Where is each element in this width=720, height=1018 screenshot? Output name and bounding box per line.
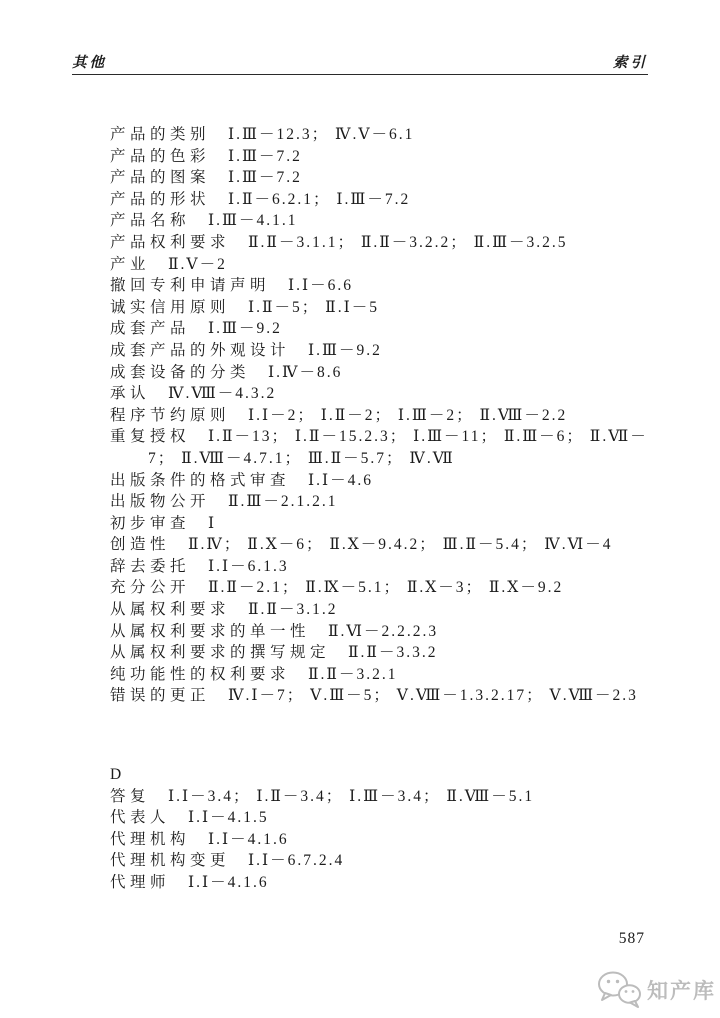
index-entry: 承认Ⅳ.Ⅷ－4.3.2 — [110, 383, 670, 405]
entry-refs: Ⅰ.Ⅰ－4.6 — [308, 472, 373, 489]
entry-term: 产品的形状 — [110, 191, 210, 208]
entry-refs: Ⅰ.Ⅳ－8.6 — [268, 364, 342, 381]
index-entry: 从属权利要求Ⅱ.Ⅱ－3.1.2 — [110, 599, 670, 621]
entry-refs: Ⅰ.Ⅱ－13； Ⅰ.Ⅱ－15.2.3； Ⅰ.Ⅲ－11； Ⅱ.Ⅲ－6； Ⅱ.Ⅶ－ — [208, 428, 648, 445]
entry-term: 代理机构变更 — [110, 852, 230, 869]
entry-refs: Ⅰ.Ⅰ－2； Ⅰ.Ⅱ－2； Ⅰ.Ⅲ－2； Ⅱ.Ⅷ－2.2 — [248, 407, 567, 424]
index-entry: 产品的图案Ⅰ.Ⅲ－7.2 — [110, 167, 670, 189]
page-number: 587 — [619, 930, 645, 948]
entry-refs: Ⅳ.Ⅷ－4.3.2 — [168, 385, 276, 402]
entry-refs: Ⅰ.Ⅰ－3.4； Ⅰ.Ⅱ－3.4； Ⅰ.Ⅲ－3.4； Ⅱ.Ⅷ－5.1 — [168, 788, 534, 805]
index-entry: 答复Ⅰ.Ⅰ－3.4； Ⅰ.Ⅱ－3.4； Ⅰ.Ⅲ－3.4； Ⅱ.Ⅷ－5.1 — [110, 786, 670, 808]
entry-refs-continuation: 7； Ⅱ.Ⅷ－4.7.1； Ⅲ.Ⅱ－5.7； Ⅳ.Ⅶ — [110, 448, 670, 470]
entry-term: 错误的更正 — [110, 687, 210, 704]
entry-refs: Ⅱ.Ⅴ－2 — [168, 256, 227, 273]
entry-term: 程序节约原则 — [110, 407, 230, 424]
entry-term: 代理师 — [110, 874, 170, 891]
entry-term: 产品的色彩 — [110, 148, 210, 165]
running-head-left: 其他 — [72, 51, 107, 72]
entry-refs: Ⅳ.Ⅰ－7； Ⅴ.Ⅲ－5； Ⅴ.Ⅷ－1.3.2.17； Ⅴ.Ⅷ－2.3 — [228, 687, 638, 704]
entry-term: 成套产品 — [110, 320, 190, 337]
index-entry: 代理机构Ⅰ.Ⅰ－4.1.6 — [110, 829, 670, 851]
entry-refs: Ⅱ.Ⅵ－2.2.2.3 — [328, 623, 438, 640]
entry-term: 代理机构 — [110, 831, 190, 848]
entry-refs: Ⅰ.Ⅱ－6.2.1； Ⅰ.Ⅲ－7.2 — [228, 191, 410, 208]
entry-refs: Ⅰ.Ⅰ－4.1.6 — [208, 831, 289, 848]
entry-term: 代表人 — [110, 809, 170, 826]
index-entry: 代理机构变更Ⅰ.Ⅰ－6.7.2.4 — [110, 850, 670, 872]
entry-refs: Ⅰ.Ⅰ－6.1.3 — [208, 558, 289, 575]
entry-term: 从属权利要求的单一性 — [110, 623, 310, 640]
entry-term: 重复授权 — [110, 428, 190, 445]
entry-refs: Ⅱ.Ⅱ－3.3.2 — [348, 644, 437, 661]
entry-refs: Ⅰ.Ⅲ－9.2 — [208, 320, 282, 337]
index-entry: 撤回专利申请声明Ⅰ.Ⅰ－6.6 — [110, 275, 670, 297]
wechat-chat-bubbles-icon — [597, 970, 643, 1010]
entry-term: 产业 — [110, 256, 150, 273]
index-entry: 出版条件的格式审查Ⅰ.Ⅰ－4.6 — [110, 470, 670, 492]
running-head-right: 索引 — [613, 51, 648, 72]
entry-term: 产品名称 — [110, 212, 190, 229]
index-entry: 代理师Ⅰ.Ⅰ－4.1.6 — [110, 872, 670, 894]
index-entry: 从属权利要求的单一性Ⅱ.Ⅵ－2.2.2.3 — [110, 621, 670, 643]
entry-term: 承认 — [110, 385, 150, 402]
index-entry: 纯功能性的权利要求Ⅱ.Ⅱ－3.2.1 — [110, 664, 670, 686]
index-entry: 错误的更正Ⅳ.Ⅰ－7； Ⅴ.Ⅲ－5； Ⅴ.Ⅷ－1.3.2.17； Ⅴ.Ⅷ－2.3 — [110, 685, 670, 707]
entry-refs: Ⅱ.Ⅲ－2.1.2.1 — [228, 493, 337, 510]
entry-refs: Ⅱ.Ⅱ－3.2.1 — [308, 666, 397, 683]
section-gap — [110, 707, 670, 764]
entry-term: 诚实信用原则 — [110, 299, 230, 316]
index-entry: 产品名称Ⅰ.Ⅲ－4.1.1 — [110, 210, 670, 232]
index-entry: 产品的形状Ⅰ.Ⅱ－6.2.1； Ⅰ.Ⅲ－7.2 — [110, 189, 670, 211]
index-entry: 代表人Ⅰ.Ⅰ－4.1.5 — [110, 807, 670, 829]
entry-refs: Ⅰ.Ⅲ－4.1.1 — [208, 212, 297, 229]
entry-refs: Ⅰ.Ⅰ－6.7.2.4 — [248, 852, 344, 869]
entry-refs: Ⅰ.Ⅱ－5； Ⅱ.Ⅰ－5 — [248, 299, 379, 316]
entry-term: 创造性 — [110, 536, 170, 553]
entry-term: 产品权利要求 — [110, 234, 230, 251]
entry-term: 产品的图案 — [110, 169, 210, 186]
entry-refs: Ⅱ.Ⅱ－3.1.1； Ⅱ.Ⅱ－3.2.2； Ⅱ.Ⅲ－3.2.5 — [248, 234, 568, 251]
entry-refs: Ⅰ.Ⅰ－6.6 — [288, 277, 353, 294]
entry-term: 产品的类别 — [110, 126, 210, 143]
entry-term: 充分公开 — [110, 579, 190, 596]
index-entry: 初步审查Ⅰ — [110, 513, 670, 535]
entry-refs: Ⅰ — [208, 515, 216, 532]
entry-refs: Ⅰ.Ⅰ－4.1.5 — [188, 809, 269, 826]
index-entry: 辞去委托Ⅰ.Ⅰ－6.1.3 — [110, 556, 670, 578]
entry-refs: Ⅱ.Ⅳ； Ⅱ.Ⅹ－6； Ⅱ.Ⅹ－9.4.2； Ⅲ.Ⅱ－5.4； Ⅳ.Ⅵ－4 — [188, 536, 612, 553]
index-entry: 产业Ⅱ.Ⅴ－2 — [110, 254, 670, 276]
entry-term: 成套设备的分类 — [110, 364, 250, 381]
index-entries: 产品的类别Ⅰ.Ⅲ－12.3； Ⅳ.Ⅴ－6.1产品的色彩Ⅰ.Ⅲ－7.2产品的图案Ⅰ… — [110, 124, 670, 894]
index-entry: 成套产品的外观设计Ⅰ.Ⅲ－9.2 — [110, 340, 670, 362]
index-entry: 创造性Ⅱ.Ⅳ； Ⅱ.Ⅹ－6； Ⅱ.Ⅹ－9.4.2； Ⅲ.Ⅱ－5.4； Ⅳ.Ⅵ－4 — [110, 534, 670, 556]
index-entry: 成套设备的分类Ⅰ.Ⅳ－8.6 — [110, 362, 670, 384]
entry-term: 撤回专利申请声明 — [110, 277, 270, 294]
index-entry: 产品的类别Ⅰ.Ⅲ－12.3； Ⅳ.Ⅴ－6.1 — [110, 124, 670, 146]
entry-term: 答复 — [110, 788, 150, 805]
letter-heading: D — [110, 764, 670, 786]
entry-term: 纯功能性的权利要求 — [110, 666, 290, 683]
entry-term: 出版条件的格式审查 — [110, 472, 290, 489]
entry-term: 出版物公开 — [110, 493, 210, 510]
index-entry: 充分公开Ⅱ.Ⅱ－2.1； Ⅱ.Ⅸ－5.1； Ⅱ.Ⅹ－3； Ⅱ.Ⅹ－9.2 — [110, 577, 670, 599]
entry-term: 辞去委托 — [110, 558, 190, 575]
entry-refs: Ⅰ.Ⅰ－4.1.6 — [188, 874, 269, 891]
index-entry: 产品的色彩Ⅰ.Ⅲ－7.2 — [110, 146, 670, 168]
entry-term: 初步审查 — [110, 515, 190, 532]
entry-refs: Ⅰ.Ⅲ－12.3； Ⅳ.Ⅴ－6.1 — [228, 126, 414, 143]
index-entry: 程序节约原则Ⅰ.Ⅰ－2； Ⅰ.Ⅱ－2； Ⅰ.Ⅲ－2； Ⅱ.Ⅷ－2.2 — [110, 405, 670, 427]
page-header: 其他 索引 — [72, 48, 648, 75]
entry-term: 成套产品的外观设计 — [110, 342, 290, 359]
index-entry: 诚实信用原则Ⅰ.Ⅱ－5； Ⅱ.Ⅰ－5 — [110, 297, 670, 319]
entry-refs: Ⅱ.Ⅱ－2.1； Ⅱ.Ⅸ－5.1； Ⅱ.Ⅹ－3； Ⅱ.Ⅹ－9.2 — [208, 579, 563, 596]
entry-refs: Ⅰ.Ⅲ－9.2 — [308, 342, 382, 359]
entry-term: 从属权利要求 — [110, 601, 230, 618]
entry-refs: Ⅱ.Ⅱ－3.1.2 — [248, 601, 337, 618]
index-entry: 出版物公开Ⅱ.Ⅲ－2.1.2.1 — [110, 491, 670, 513]
entry-term: 从属权利要求的撰写规定 — [110, 644, 330, 661]
entry-refs: Ⅰ.Ⅲ－7.2 — [228, 148, 302, 165]
index-entry: 重复授权Ⅰ.Ⅱ－13； Ⅰ.Ⅱ－15.2.3； Ⅰ.Ⅲ－11； Ⅱ.Ⅲ－6； Ⅱ… — [110, 426, 670, 448]
index-entry: 成套产品Ⅰ.Ⅲ－9.2 — [110, 318, 670, 340]
watermark: 知产库 — [597, 970, 716, 1010]
index-entry: 产品权利要求Ⅱ.Ⅱ－3.1.1； Ⅱ.Ⅱ－3.2.2； Ⅱ.Ⅲ－3.2.5 — [110, 232, 670, 254]
watermark-text: 知产库 — [647, 975, 716, 1005]
entry-refs: Ⅰ.Ⅲ－7.2 — [228, 169, 302, 186]
index-entry: 从属权利要求的撰写规定Ⅱ.Ⅱ－3.3.2 — [110, 642, 670, 664]
